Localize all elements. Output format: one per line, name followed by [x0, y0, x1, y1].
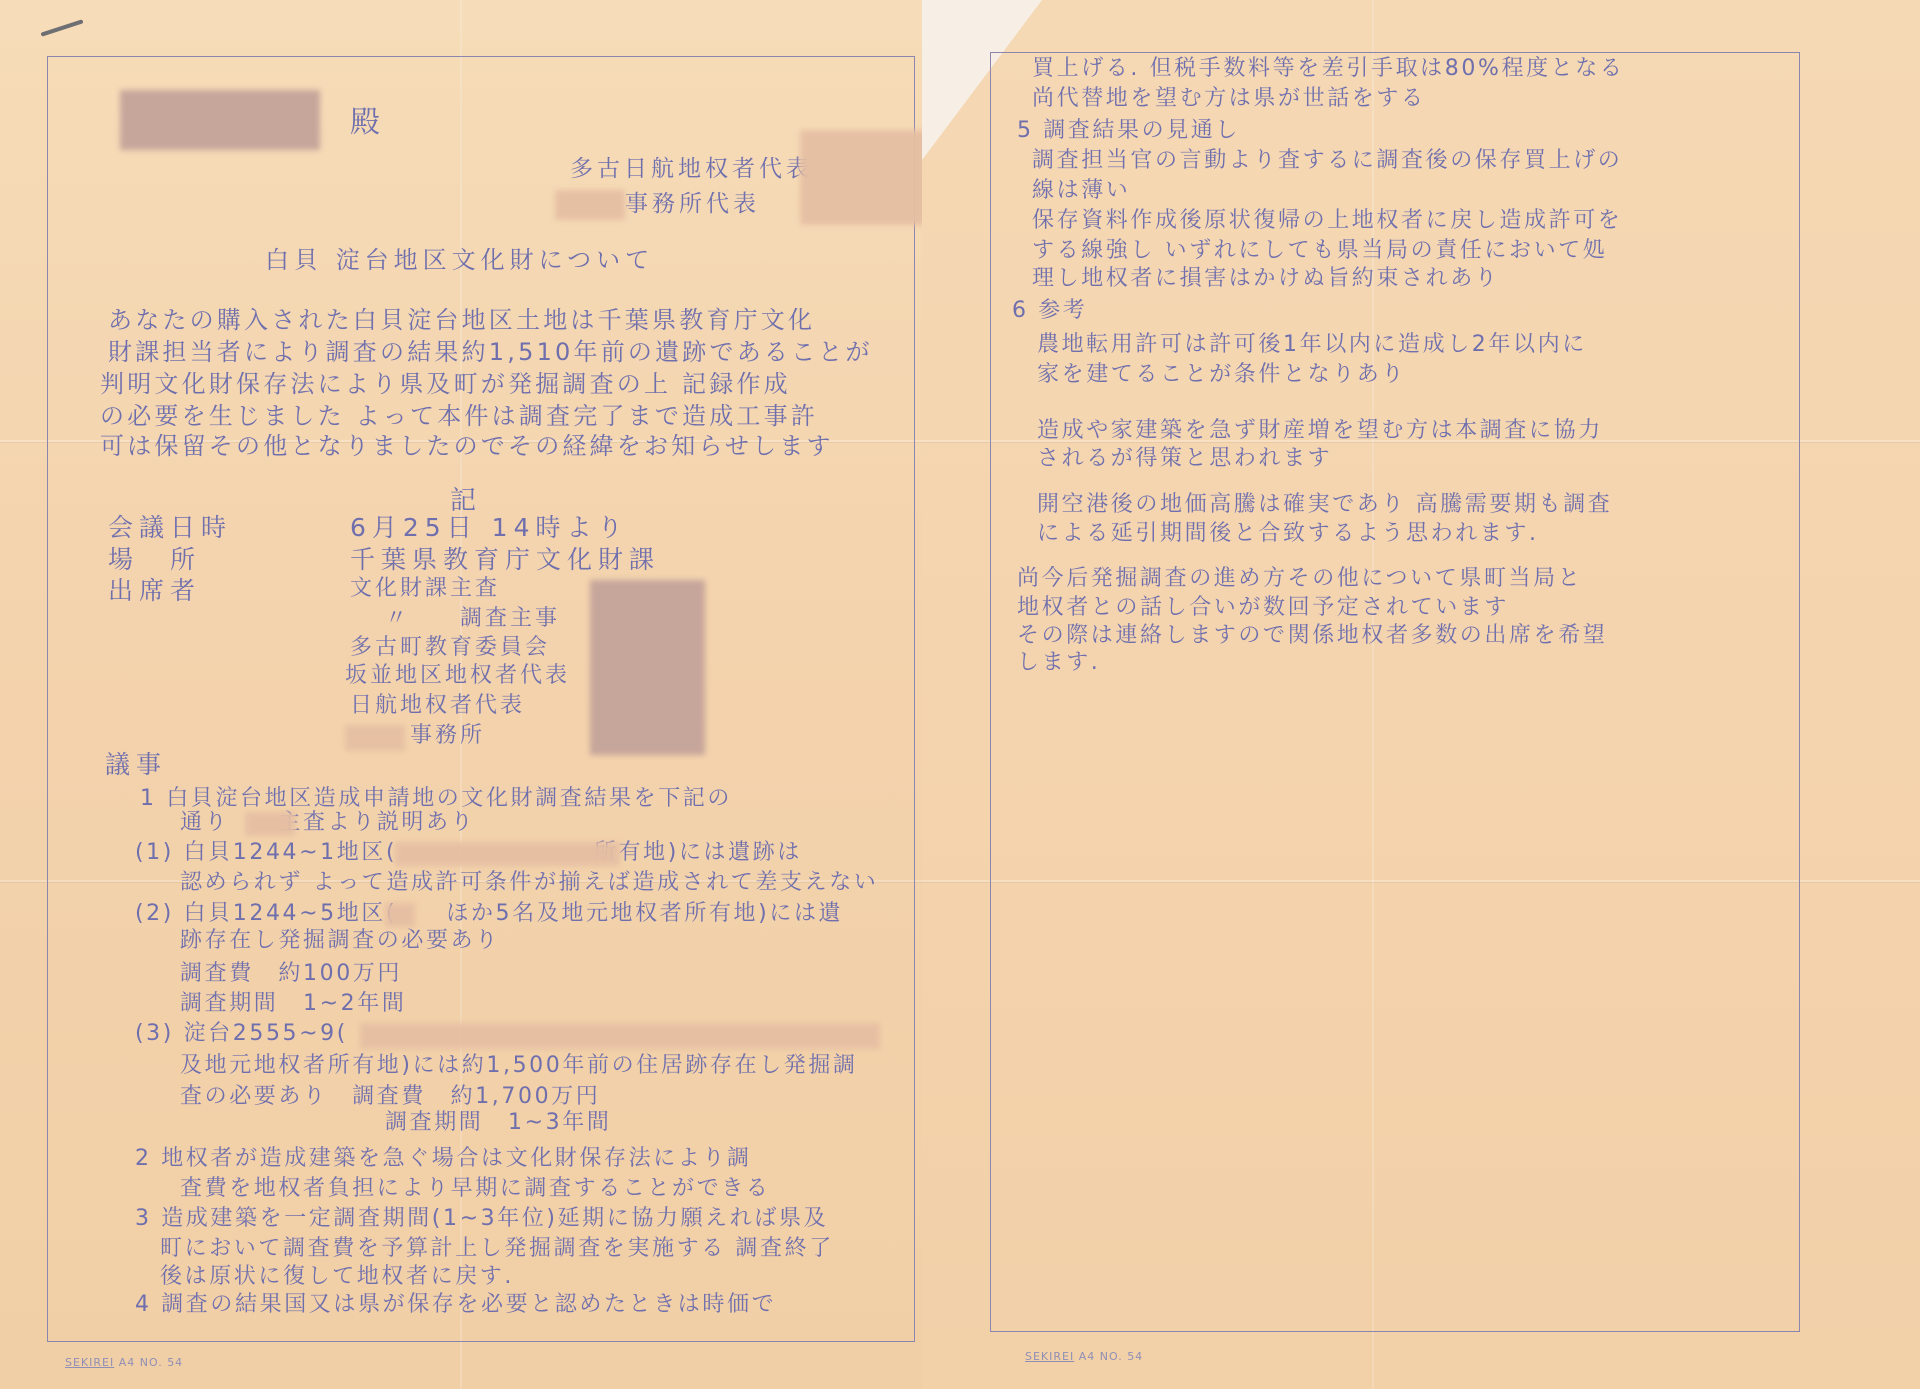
attendee-entry: 日航地权者代表	[350, 695, 525, 717]
agenda-line: 1 白貝淀台地区造成申請地の文化財調査結果を下記の	[140, 788, 732, 810]
agenda-line: 及地元地权者所有地)には約1,500年前の住居跡存在し発掘調	[180, 1055, 858, 1077]
attendee-entry: 事務所	[410, 725, 485, 747]
sender-line-1: 多古日航地权者代表	[570, 158, 813, 181]
intro-line: 可は保留その他となりましたのでその経緯をお知らせします	[100, 434, 834, 458]
redacted-examiner-name	[245, 812, 295, 836]
attendee-entry: 文化財課主査	[350, 578, 500, 600]
paper-brand-label: SEKIREI A4 NO. 54	[65, 1356, 183, 1369]
attendee-entry: 多古町教育委員会	[350, 637, 550, 659]
agenda-line: 通り 主査より説明あり	[180, 812, 475, 834]
continuation-line: されるが得策と思われます	[1037, 448, 1332, 470]
intro-line: 財課担当者により調査の結果約1,510年前の遺跡であることが	[108, 340, 873, 364]
redacted-office-name	[345, 725, 405, 751]
continuation-line: 尚今后発掘調査の進め方その他について県町当局と	[1017, 568, 1582, 590]
paper-spec: A4 NO. 54	[119, 1356, 183, 1369]
paper-brand-label: SEKIREI A4 NO. 54	[1025, 1350, 1143, 1363]
agenda-line: 2 地权者が造成建築を急ぐ場合は文化財保存法により調	[135, 1148, 752, 1170]
agenda-line: 調査期間 1~2年間	[180, 993, 406, 1015]
paper-brand: SEKIREI	[65, 1356, 114, 1369]
intro-line: あなたの購入された白貝淀台地区土地は千葉県教育庁文化	[108, 308, 815, 332]
redacted-owner-name	[385, 903, 415, 927]
continuation-line: 調査担当官の言動より査するに調査後の保存買上げの	[1032, 150, 1622, 172]
sender-line-2: 事務所代表	[625, 193, 760, 216]
redacted-owner-names	[395, 842, 620, 866]
agenda-line: 調査期間 1~3年間	[385, 1112, 611, 1134]
intro-line: の必要を生じました よって本件は調査完了まで造成工事許	[100, 404, 818, 428]
paper-spec: A4 NO. 54	[1079, 1350, 1143, 1363]
continuation-line: 尚代替地を望む方は県が世話をする	[1032, 88, 1426, 110]
agenda-line: 3 造成建築を一定調査期間(1~3年位)延期に協力願えれば県及	[135, 1208, 828, 1230]
meeting-datetime-value: 6月25日 14時より	[350, 515, 628, 540]
attendee-entry: 坂並地区地权者代表	[345, 665, 570, 687]
continuation-line: 農地転用許可は許可後1年以内に造成し2年以内に	[1037, 334, 1587, 356]
agenda-line: 後は原状に復して地权者に戻す.	[160, 1266, 514, 1288]
agenda-line: 跡存在し発掘調査の必要あり	[180, 930, 500, 952]
redacted-attendee-names	[590, 580, 705, 755]
paper-brand: SEKIREI	[1025, 1350, 1074, 1363]
continuation-line: 5 調査結果の見通し	[1017, 120, 1240, 142]
agenda-line: 認められず よって造成許可条件が揃えば造成されて差支えない	[180, 872, 878, 894]
right-letter-page: 買上げる. 但税手数料等を差引手取は80%程度となる尚代替地を望む方は県が世話を…	[922, 0, 1920, 1389]
continuation-line: する線強し いずれにしても県当局の責任において処	[1032, 240, 1607, 262]
agenda-line: 調査費 約100万円	[180, 963, 402, 985]
agenda-line: 町において調査費を予算計上し発掘調査を実施する 調査終了	[160, 1238, 834, 1260]
agenda-line: (3) 淀台2555~9(	[135, 1023, 348, 1045]
continuation-line: その際は連絡しますので関係地权者多数の出席を希望	[1017, 625, 1607, 647]
meeting-attendees-label: 出席者	[108, 578, 201, 603]
agenda-line: 査費を地权者負担により早期に調査することができる	[180, 1178, 770, 1200]
left-letter-page: 殿 多古日航地权者代表 事務所代表 白貝 淀台地区文化財について あなたの購入さ…	[0, 0, 922, 1389]
staple	[40, 19, 83, 36]
redacted-sender-office	[555, 190, 625, 220]
meeting-place-label: 場 所	[108, 547, 201, 572]
redacted-owner-list	[360, 1023, 880, 1049]
continuation-line: 線は薄い	[1032, 180, 1130, 202]
continuation-line: 地权者との話し合いが数回予定されています	[1017, 597, 1509, 619]
agenda-heading: 議事	[105, 752, 167, 777]
agenda-line: 査の必要あり 調査費 約1,700万円	[180, 1086, 600, 1108]
redacted-sender-name	[800, 130, 940, 225]
continuation-line: 買上げる. 但税手数料等を差引手取は80%程度となる	[1032, 58, 1625, 80]
continuation-line: 6 参考	[1012, 300, 1087, 322]
continuation-line: 保存資料作成後原状復帰の上地权者に戻し造成許可を	[1032, 210, 1622, 232]
meeting-place-value: 千葉県教育庁文化財課	[350, 547, 660, 572]
letter-title: 白貝 淀台地区文化財について	[265, 248, 654, 272]
continuation-line: 開空港後の地価高騰は確実であり 高騰需要期も調査	[1037, 494, 1612, 516]
addressee-honorific: 殿	[350, 108, 386, 138]
continuation-line: 家を建てることが条件となりあり	[1037, 364, 1406, 386]
agenda-line: (2) 白貝1244~5地区( ほか5名及地元地权者所有地)には遺	[135, 903, 843, 925]
intro-line: 判明文化財保存法により県及町が発掘調査の上 記録作成	[100, 372, 791, 396]
ki-heading: 記	[450, 488, 482, 514]
continuation-line: します.	[1017, 652, 1100, 674]
continuation-line: による延引期間後と合致するよう思われます.	[1037, 523, 1539, 545]
redacted-addressee-name	[120, 90, 320, 150]
continuation-line: 造成や家建築を急ず財産増を望む方は本調査に協力	[1037, 420, 1603, 442]
continuation-line: 理し地权者に損害はかけぬ旨約束されあり	[1032, 268, 1499, 290]
attendee-entry: 〃 調査主事	[385, 608, 560, 630]
meeting-datetime-label: 会議日時	[108, 515, 232, 540]
agenda-line: 4 調査の結果国又は県が保存を必要と認めたときは時価で	[135, 1294, 776, 1316]
